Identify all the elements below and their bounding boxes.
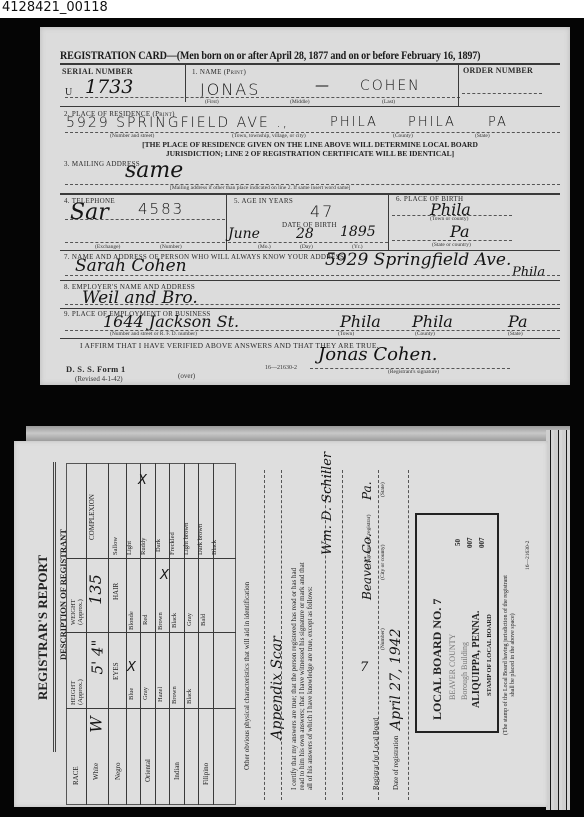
stamp-line-3: Borough Building <box>460 642 469 700</box>
last-caption: (Last) <box>382 99 395 105</box>
middle-caption: (Middle) <box>290 99 310 105</box>
divider <box>60 193 560 195</box>
stamp-note-line-2: shall be placed in the above space) <box>510 575 517 735</box>
divider <box>140 463 141 805</box>
divider <box>65 275 560 276</box>
weight-header: WEIGHT (Approx.) <box>70 575 84 625</box>
notice-line-1: [THE PLACE OF RESIDENCE GIVEN ON THE LIN… <box>60 140 560 149</box>
divider <box>66 558 236 559</box>
stamp-note-line-1: (The stamp of the Local Board having jur… <box>503 575 510 735</box>
county-caption: (County) <box>393 133 413 139</box>
stamp-line-1: LOCAL BOARD NO. 7 <box>430 599 445 720</box>
notice-line-2: JURISDICTION; LINE 2 OF REGISTRATION CER… <box>60 149 560 158</box>
residence-notice: [THE PLACE OF RESIDENCE GIVEN ON THE LIN… <box>60 140 560 158</box>
hair-header: HAIR <box>112 583 120 600</box>
form-id: D. S. S. Form 1 <box>66 364 126 374</box>
divider <box>66 708 236 709</box>
residence-street-value: 5929 SPRINGFIELD AVE ., <box>66 115 289 131</box>
birth-state-value: Pa <box>450 222 470 241</box>
divider <box>66 632 236 633</box>
divider <box>108 463 109 805</box>
hair-option-brown: Brown <box>157 612 164 630</box>
serial-number-label: SERIAL NUMBER <box>62 67 133 76</box>
divider <box>458 64 459 106</box>
divider <box>65 97 460 98</box>
contact-name-value: Sarah Cohen <box>75 256 187 276</box>
stamp-code-3: 007 <box>478 538 486 549</box>
name-label: 1. NAME (Print) <box>192 68 246 76</box>
height-header: HEIGHT (Approx.) <box>70 655 84 705</box>
race-option-negro: Negro <box>114 763 122 781</box>
stamp-code-1: 50 <box>454 539 462 546</box>
divider <box>184 463 185 805</box>
divider <box>126 463 127 805</box>
contact-city-value: Phila <box>512 265 545 280</box>
complexion-option-sallow: Sallow <box>112 537 119 555</box>
residence-state-value: PA <box>488 115 508 130</box>
race-header: RACE <box>72 766 80 785</box>
eyes-option-hazel: Hazel <box>157 687 164 702</box>
divider <box>60 338 560 339</box>
image-id-label: 4128421_00118 <box>2 0 108 18</box>
divider <box>388 194 389 250</box>
date-of-registration-label: Date of registration <box>392 736 400 790</box>
stamp-line-2: BEAVER COUNTY <box>448 634 457 700</box>
over-label: (over) <box>178 372 195 380</box>
certification-line-3: all of his answers of which I have knowl… <box>306 562 314 790</box>
divider <box>60 106 560 107</box>
divider <box>65 304 560 305</box>
other-characteristics-label: Other obvious physical characteristics t… <box>243 582 251 770</box>
complexion-option-light-brown: Light brown <box>183 523 190 555</box>
age-label: 5. AGE IN YEARS <box>234 197 293 205</box>
employment-town-caption: (Town) <box>338 331 354 337</box>
report-title: REGISTRAR'S REPORT <box>35 555 51 700</box>
eyes-option-brown: Brown <box>171 686 178 704</box>
stamp-code-2: 007 <box>466 538 474 549</box>
order-number-label: ORDER NUMBER <box>463 66 533 75</box>
divider <box>228 242 388 243</box>
age-value: 47 <box>310 202 334 221</box>
local-board-number-value: 7 <box>360 660 368 675</box>
card-stack-side <box>546 430 570 810</box>
certification-line-1: I certify that my answers are true; that… <box>290 562 298 790</box>
local-board-city-value: Beaver Co. <box>360 533 374 600</box>
race-option-white: White <box>92 763 100 780</box>
eyes-header: EYES <box>112 663 120 681</box>
divider <box>65 219 225 220</box>
divider <box>213 463 214 805</box>
birth-year-value: 1895 <box>340 224 376 240</box>
telephone-number-value: 4583 <box>138 200 184 218</box>
divider <box>281 470 283 800</box>
divider <box>60 63 560 65</box>
employment-street-caption: (Number and street or R. F. D. number) <box>110 331 197 337</box>
date-of-registration-value: April 27, 1942 <box>388 628 404 730</box>
registrant-signature: Jonas Cohen. <box>318 344 438 365</box>
employment-county-caption: (County) <box>415 331 435 337</box>
divider <box>198 463 199 805</box>
stamp-line-5: STAMP OF LOCAL BOARD <box>486 614 493 696</box>
eyes-option-black: Black <box>186 689 193 704</box>
hair-option-bald: Bald <box>200 614 207 626</box>
divider <box>53 462 54 752</box>
divider <box>392 240 512 241</box>
stamp-line-4: ALIQUIPPA, PENNA. <box>471 611 482 708</box>
employer-value: Weil and Bro. <box>82 288 198 308</box>
divider <box>65 242 225 243</box>
divider <box>264 470 266 800</box>
residence-town-value: PHILA <box>330 115 378 130</box>
complexion-header: COMPLEXION <box>88 494 96 540</box>
divider <box>408 470 410 800</box>
complexion-option-freckled: Freckled <box>169 532 176 555</box>
print-code: 16—21630-2 <box>265 365 297 371</box>
complexion-mark: X <box>138 473 147 488</box>
birth-day-value: 28 <box>296 226 314 242</box>
hair-option-blonde: Blonde <box>128 611 135 630</box>
serial-number-value: 1733 <box>85 76 133 98</box>
mailing-address-value: same <box>125 158 183 183</box>
certification-line-2: read to him his own answers; that I have… <box>298 562 306 790</box>
middle-name-value: — <box>315 78 329 94</box>
form-revised: (Revised 4-1-42) <box>75 375 123 383</box>
local-board-state-value: Pa. <box>360 481 374 500</box>
complexion-option-black: Black <box>211 540 218 555</box>
hair-option-black: Black <box>171 613 178 628</box>
race-option-indian: Indian <box>173 762 181 780</box>
employment-state-caption: (State) <box>508 331 523 337</box>
local-board-number-caption: (Number) <box>380 628 386 650</box>
state-caption: (State) <box>475 133 490 139</box>
weight-value: 135 <box>86 574 105 605</box>
signature-caption: (Registrant's signature) <box>388 369 439 375</box>
height-value: 5' 4" <box>88 640 106 675</box>
divider <box>226 194 227 250</box>
local-board-city-caption: (City or county) <box>380 545 386 580</box>
eyes-option-gray: Gray <box>142 687 149 700</box>
birth-month-value: June <box>228 226 260 242</box>
race-option-oriental: Oriental <box>144 759 152 782</box>
employment-state-value: Pa <box>508 312 528 331</box>
race-option-filipino: Filipino <box>202 763 210 785</box>
divider <box>378 470 380 800</box>
employment-town-value: Phila <box>340 312 381 331</box>
divider <box>86 463 87 805</box>
eyes-option-blue: Blue <box>128 688 135 700</box>
divider <box>155 463 156 805</box>
divider <box>462 93 542 94</box>
hair-option-red: Red <box>142 615 149 625</box>
divider <box>60 280 560 281</box>
race-mark: W <box>87 716 106 732</box>
divider <box>60 308 560 309</box>
town-caption: (Town, township, village, or city) <box>232 133 306 139</box>
hair-option-gray: Gray <box>186 613 193 626</box>
complexion-option-dark-brown: Dark brown <box>197 524 204 555</box>
residence-county-value: PHILA <box>408 115 456 130</box>
telephone-exchange-value: Sar <box>70 200 109 225</box>
complexion-option-light: Light <box>126 541 133 555</box>
complexion-option-dark: Dark <box>155 539 162 552</box>
divider <box>169 463 170 805</box>
birth-state-caption: (State or country) <box>432 242 471 248</box>
first-caption: (First) <box>205 99 219 105</box>
complexion-option-ruddy: Ruddy <box>140 538 147 555</box>
local-board-state-caption: (State) <box>380 482 386 497</box>
divider <box>342 470 344 800</box>
employment-county-value: Phila <box>412 312 453 331</box>
employment-street-value: 1644 Jackson St. <box>103 312 239 331</box>
contact-address-value: 5929 Springfield Ave. <box>325 250 511 270</box>
report-print-code: 16—21630-2 <box>525 541 531 570</box>
card-title: REGISTRATION CARD—(Men born on or after … <box>60 50 500 62</box>
certification-text: I certify that my answers are true; that… <box>290 562 314 790</box>
last-name-value: COHEN <box>360 78 421 94</box>
registrar-signature-value: Wm. D. Schiller <box>320 452 335 555</box>
street-caption: (Number and street) <box>110 133 154 139</box>
mailing-caption: [Mailing address if other than place ind… <box>170 185 350 191</box>
hair-mark: X <box>160 568 169 583</box>
eyes-mark: X <box>127 660 136 675</box>
stamp-note: (The stamp of the Local Board having jur… <box>503 575 517 735</box>
divider <box>55 462 56 752</box>
